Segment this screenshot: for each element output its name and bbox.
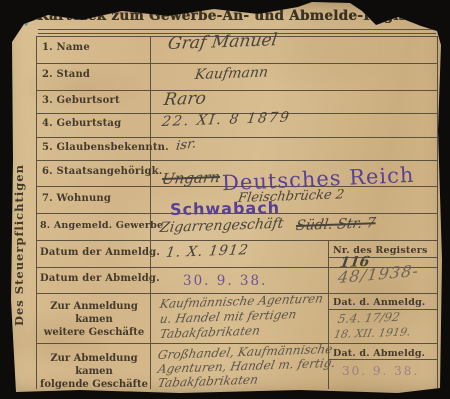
table-line bbox=[36, 343, 438, 344]
row-label: 8. Angemeld. Gewerbe bbox=[40, 220, 163, 231]
label-line: folgende Geschäfte bbox=[40, 379, 148, 390]
row-label: 3. Geburtsort bbox=[42, 95, 120, 106]
row-label: 1. Name bbox=[42, 42, 90, 53]
register-abmeldg-stamp: 30. 9. 38. bbox=[342, 364, 419, 378]
abmeldung-folgende-line: Tabakfabrikaten bbox=[157, 373, 259, 390]
table-line bbox=[36, 63, 438, 64]
register-anmeldg-label: Dat. d. Anmeldg. bbox=[333, 297, 425, 308]
gewerbe-value: Zigarrengeschäft bbox=[159, 216, 285, 236]
name-value: Graf Manuel bbox=[167, 30, 279, 54]
geburtstag-value: 22. XI. 8 1879 bbox=[161, 110, 292, 130]
label-line: Zur Anmeldung kamen bbox=[50, 301, 138, 325]
register-abmeldg-label: Dat. d. Abmeldg. bbox=[333, 348, 425, 359]
register-anmeldg-date1: 5.4. 17/92 bbox=[337, 310, 401, 326]
gewerbe-struck-value: Südl. Str. 7 bbox=[295, 215, 377, 234]
card-title: Kartotek zum Gewerbe-An- und Abmelde-Reg… bbox=[35, 8, 435, 24]
row-label: 6. Staatsangehörigk. bbox=[42, 166, 162, 177]
label-line: Zur Abmeldung kamen bbox=[50, 353, 137, 377]
anmeldung-datum-value: 1. X. 1912 bbox=[165, 242, 250, 261]
side-label: Des Steuerpflichtigen bbox=[12, 130, 34, 360]
wohnung-value: Fleischbrücke 2 bbox=[237, 187, 345, 206]
register-anmeldg-date2: 18. XII. 1919. bbox=[333, 325, 412, 341]
label-value-divider bbox=[150, 36, 151, 389]
table-left-border bbox=[36, 36, 37, 389]
label-line: weitere Geschäfte bbox=[44, 327, 145, 338]
title-rule-top bbox=[38, 29, 436, 30]
table-line bbox=[36, 137, 438, 138]
row-label: 5. Glaubensbekenntn. bbox=[42, 142, 169, 153]
row-label: 7. Wohnung bbox=[42, 193, 111, 204]
row-label: 4. Geburtstag bbox=[42, 118, 121, 129]
table-right-border bbox=[437, 36, 438, 389]
register-underline bbox=[328, 359, 438, 360]
registration-card: ✓ Kartotek zum Gewerbe-An- und Abmelde-R… bbox=[0, 0, 450, 399]
glaubensbekenntnis-value: isr. bbox=[175, 136, 197, 154]
stand-value: Kaufmann bbox=[194, 64, 269, 83]
row-label: Zur Anmeldung kamen weitere Geschäfte bbox=[38, 300, 150, 339]
table-line bbox=[36, 90, 438, 91]
anmeldung-weitere-line: Tabakfabrikaten bbox=[159, 324, 261, 341]
geburtsort-value: Raro bbox=[163, 89, 208, 110]
abmeldung-datum-stamp: 30. 9. 38. bbox=[183, 273, 267, 289]
row-label: Datum der Abmeldg. bbox=[40, 273, 160, 284]
table-line bbox=[36, 240, 438, 241]
row-label: 2. Stand bbox=[42, 69, 90, 80]
anmeldung-weitere-line: Kaufmännische Agenturen bbox=[159, 291, 325, 311]
photo-background: ✓ Kartotek zum Gewerbe-An- und Abmelde-R… bbox=[0, 0, 450, 399]
staatsangehoerigkeit-struck-value: Ungarn bbox=[161, 168, 222, 188]
row-label: Zur Abmeldung kamen folgende Geschäfte bbox=[38, 352, 150, 391]
table-line bbox=[36, 160, 438, 161]
row-label: Datum der Anmeldg. bbox=[40, 247, 160, 258]
